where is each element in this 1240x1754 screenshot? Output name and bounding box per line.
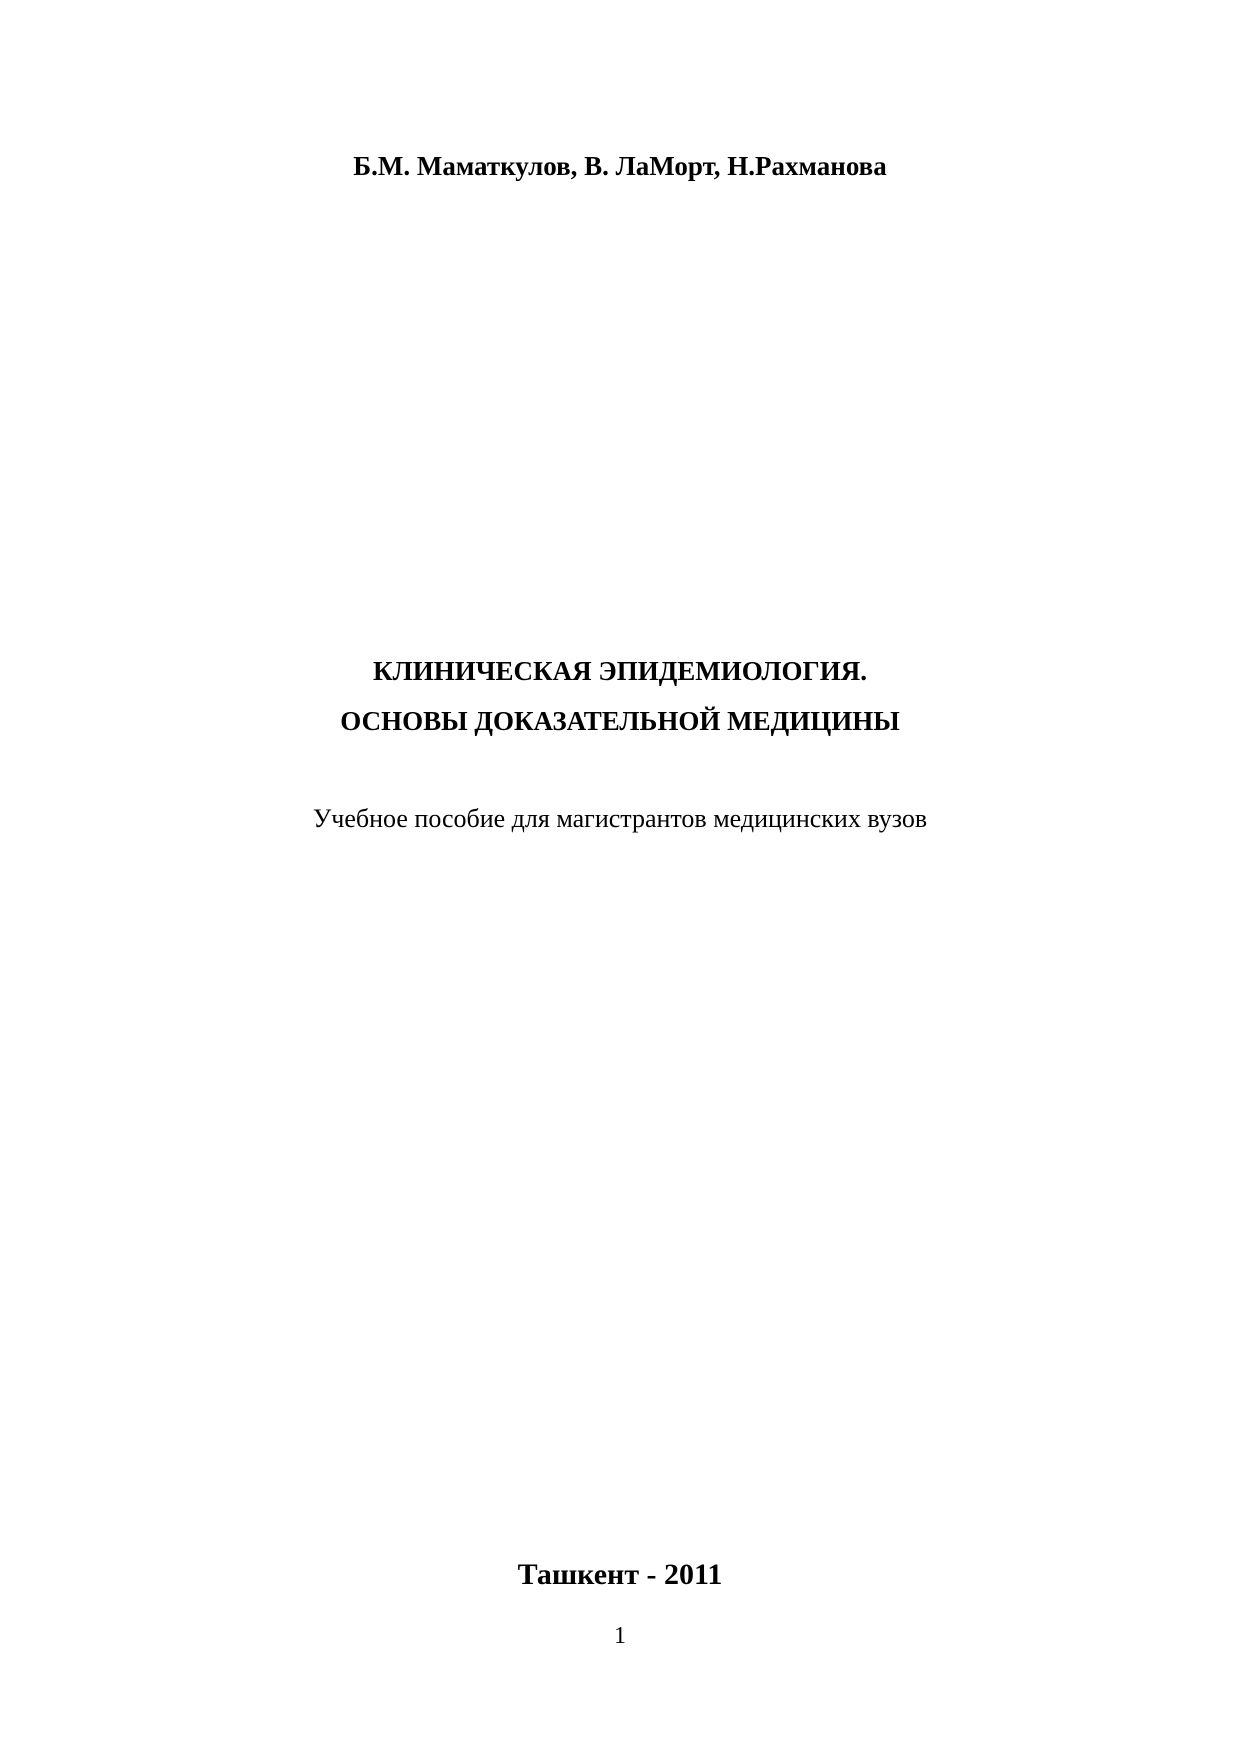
title-line-1: КЛИНИЧЕСКАЯ ЭПИДЕМИОЛОГИЯ. [0, 658, 1240, 685]
authors: Б.М. Маматкулов, В. ЛаМорт, Н.Рахманова [0, 153, 1240, 180]
subtitle: Учебное пособие для магистрантов медицин… [0, 806, 1240, 832]
place-and-year: Ташкент - 2011 [0, 1560, 1240, 1590]
page-number: 1 [0, 1624, 1240, 1648]
title-line-2: ОСНОВЫ ДОКАЗАТЕЛЬНОЙ МЕДИЦИНЫ [0, 708, 1240, 735]
